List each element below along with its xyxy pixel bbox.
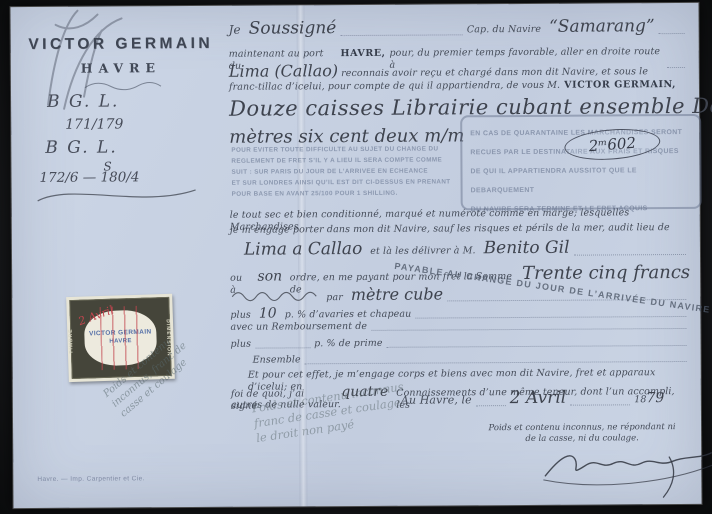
- line-destination: Lima (Callao) reconnais avoir reçu et ch…: [229, 59, 689, 81]
- bill-of-lading-paper: VICTOR GERMAIN HAVRE B G. L. 171/179 B G…: [10, 3, 701, 508]
- blank-rule: [305, 359, 687, 364]
- hand-consignee: Benito Gil: [484, 238, 570, 259]
- stamp-line: POUR BASE EN AVANT 25/100 POUR 1 SHILLIN…: [232, 187, 462, 199]
- printed-text: je m’engage porter dans mon dit Navire, …: [230, 222, 670, 237]
- blank-rule: [659, 31, 685, 34]
- consignment-mark: B G. L.: [45, 137, 117, 157]
- hand-delivery-port: Lima a Callao: [244, 239, 362, 260]
- freight-conditions-stamp: POUR EVITER TOUTE DIFFICULTE AU SUJET DU…: [231, 143, 461, 199]
- stamp-line: DU NAVIRE SERA TERMINE ET LE FRET ACQUIS: [471, 199, 692, 219]
- note-line: Poids et contenu inconnus, ne répondant …: [454, 422, 710, 435]
- hand-ship-name: “Samarang”: [549, 16, 655, 37]
- line-captain: Je Soussigné Cap. du Navire “Samarang”: [229, 16, 689, 39]
- printed-bold-shipper: VICTOR GERMAIN,: [564, 79, 676, 91]
- marks-underline-swash: [32, 186, 202, 207]
- consignment-mark: B G. L.: [47, 91, 119, 111]
- printed-text: par: [326, 292, 343, 304]
- blank-rule: [570, 402, 630, 405]
- printed-bold-havre: HAVRE,: [340, 48, 385, 60]
- line-deliver: Lima a Callao et là les délivrer à M. Be…: [230, 237, 690, 260]
- hand-freight-amount: Trente cinq francs: [522, 262, 690, 284]
- printed-text: avec un Remboursement de: [230, 321, 367, 334]
- line-total: Ensemble: [231, 352, 691, 367]
- printed-text: reconnais avoir reçu et chargé dans mon …: [341, 66, 648, 80]
- captain-signature: [541, 441, 712, 500]
- printed-text: plus: [230, 310, 251, 322]
- date-line: Au Havre, le 2 Avril 18 79: [401, 387, 671, 409]
- printed-text: franc-tillac d’icelui, pour compte de qu…: [229, 80, 560, 94]
- line-engage: je m’engage porter dans mon dit Navire, …: [230, 222, 690, 237]
- hand-soussigne: Soussigné: [249, 18, 337, 39]
- printed-text: plus: [231, 339, 252, 351]
- hand-squiggle: [230, 289, 318, 302]
- blank-rule: [476, 403, 506, 406]
- consignment-numbers: 172/6 — 180/4: [39, 169, 139, 186]
- hand-date: 2 Avril: [510, 388, 567, 408]
- blank-rule: [340, 32, 463, 36]
- letterhead-city: HAVRE: [23, 62, 219, 76]
- document-scan: VICTOR GERMAIN HAVRE B G. L. 171/179 B G…: [0, 0, 712, 514]
- printed-text: p. % d’avaries et chapeau: [285, 309, 412, 322]
- letterhead-name: VICTOR GERMAIN: [23, 36, 219, 53]
- consignment-numbers: 171/179: [65, 116, 123, 132]
- stamp-line: DE QUI IL APPARTIENDRA AUSSITOT QUE LE D…: [470, 161, 691, 200]
- hand-percentage: 10: [259, 305, 277, 321]
- blank-rule: [574, 252, 686, 256]
- blank-rule: [415, 314, 686, 319]
- blank-rule: [371, 326, 686, 331]
- printed-century: 18: [634, 394, 646, 406]
- stamp-line: ET SUR LONDRES AINSI QU’IL EST DIT CI-DE…: [232, 176, 462, 188]
- hand-destination: Lima (Callao): [229, 61, 338, 81]
- stamp-vertical-label: TIMBRE: [68, 328, 75, 353]
- printed-text: Ensemble: [253, 354, 301, 366]
- blank-rule: [255, 345, 310, 348]
- line-premium: plus p. % de prime: [231, 336, 691, 351]
- printed-text: p. % de prime: [314, 338, 383, 350]
- hand-son: son: [257, 268, 282, 284]
- line-reimbursement: avec un Remboursement de: [230, 319, 690, 334]
- quarantine-clause-stamp: EN CAS DE QUARANTAINE LES MARCHANDISES S…: [460, 114, 702, 210]
- hand-year: 79: [646, 390, 664, 406]
- printed-cap-du-navire: Cap. du Navire: [467, 24, 541, 36]
- printed-place-date: Au Havre, le: [401, 393, 472, 407]
- blank-rule: [387, 343, 687, 348]
- hand-metre-cube: mètre cube: [351, 284, 443, 304]
- printed-text: et là les délivrer à M.: [370, 245, 475, 258]
- line-shipper: franc-tillac d’icelui, pour compte de qu…: [229, 79, 689, 94]
- printer-imprint: Havre. — Imp. Carpentier et Cie.: [37, 475, 144, 483]
- printed-je: Je: [229, 23, 241, 38]
